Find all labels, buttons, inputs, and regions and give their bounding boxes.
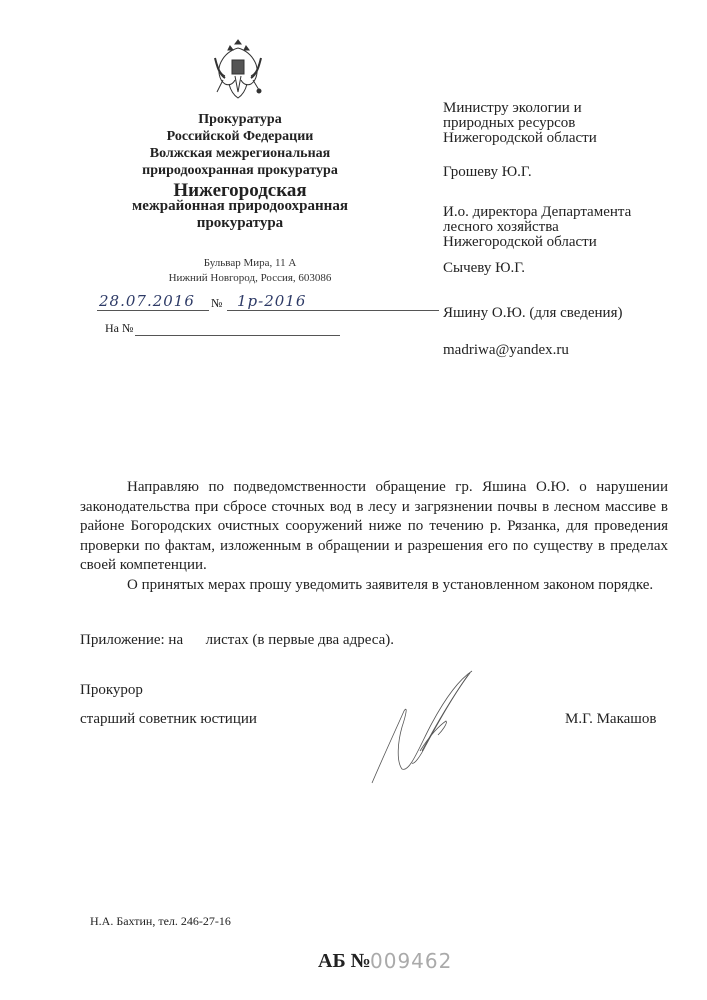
recipient-email: madriwa@yandex.ru [443,343,693,358]
signatory-name: М.Г. Макашов [565,711,656,728]
date-underline [97,310,209,311]
sender-line: прокуратура [80,214,400,231]
reply-to-underline [135,335,340,336]
signatory-title: Прокурор [80,682,143,699]
address-line: Нижний Новгород, Россия, 603086 [100,271,400,286]
sender-block: Прокуратура Российской Федерации Волжска… [80,112,400,231]
body-paragraph-1: Направляю по подведомственности обращени… [80,478,668,576]
handwritten-signature-icon [360,665,500,790]
recipient-line: И.о. директора Департамента [443,205,693,220]
executor-contact: Н.А. Бахтин, тел. 246-27-16 [90,914,231,929]
recipient-line: природных ресурсов [443,116,693,131]
attachment-note: Приложение: на листах (в первые два адре… [80,632,394,649]
address-line: Бульвар Мира, 11 А [100,256,400,271]
sender-line: межрайонная природоохранная [80,197,400,214]
body-paragraph-2: О принятых мерах прошу уведомить заявите… [80,576,668,596]
recipient-line: Нижегородской области [443,131,693,146]
recipient-2: И.о. директора Департамента лесного хозя… [443,205,693,250]
sender-address: Бульвар Мира, 11 А Нижний Новгород, Росс… [100,256,400,286]
recipient-line: лесного хозяйства [443,220,693,235]
form-series-label: АБ № [318,950,371,973]
form-serial-number: 009462 [370,949,452,973]
number-underline [227,310,439,311]
number-sign: № [211,296,222,311]
recipient-line: Нижегородской области [443,235,693,250]
reply-to-label: На № [105,321,133,336]
sender-line: Волжская межрегиональная [80,146,400,163]
registration-line: 28.07.2016 № 1р-2016 [97,290,342,312]
recipient-1-name: Грошеву Ю.Г. [443,165,693,180]
sender-line: природоохранная прокуратура [80,163,400,180]
sender-line: Российской Федерации [80,129,400,146]
recipient-3-name: Яшину О.Ю. (для сведения) [443,306,693,321]
registration-date: 28.07.2016 [99,292,195,310]
recipient-1: Министру экологии и природных ресурсов Н… [443,101,693,146]
sender-office-name: Нижегородская [80,180,400,197]
signatory-rank: старший советник юстиции [80,711,257,728]
recipient-line: Министру экологии и [443,101,693,116]
sender-line: Прокуратура [80,112,400,129]
registration-number: 1р-2016 [237,292,306,310]
coat-of-arms-icon [211,36,265,102]
recipient-2-name: Сычеву Ю.Г. [443,261,693,276]
